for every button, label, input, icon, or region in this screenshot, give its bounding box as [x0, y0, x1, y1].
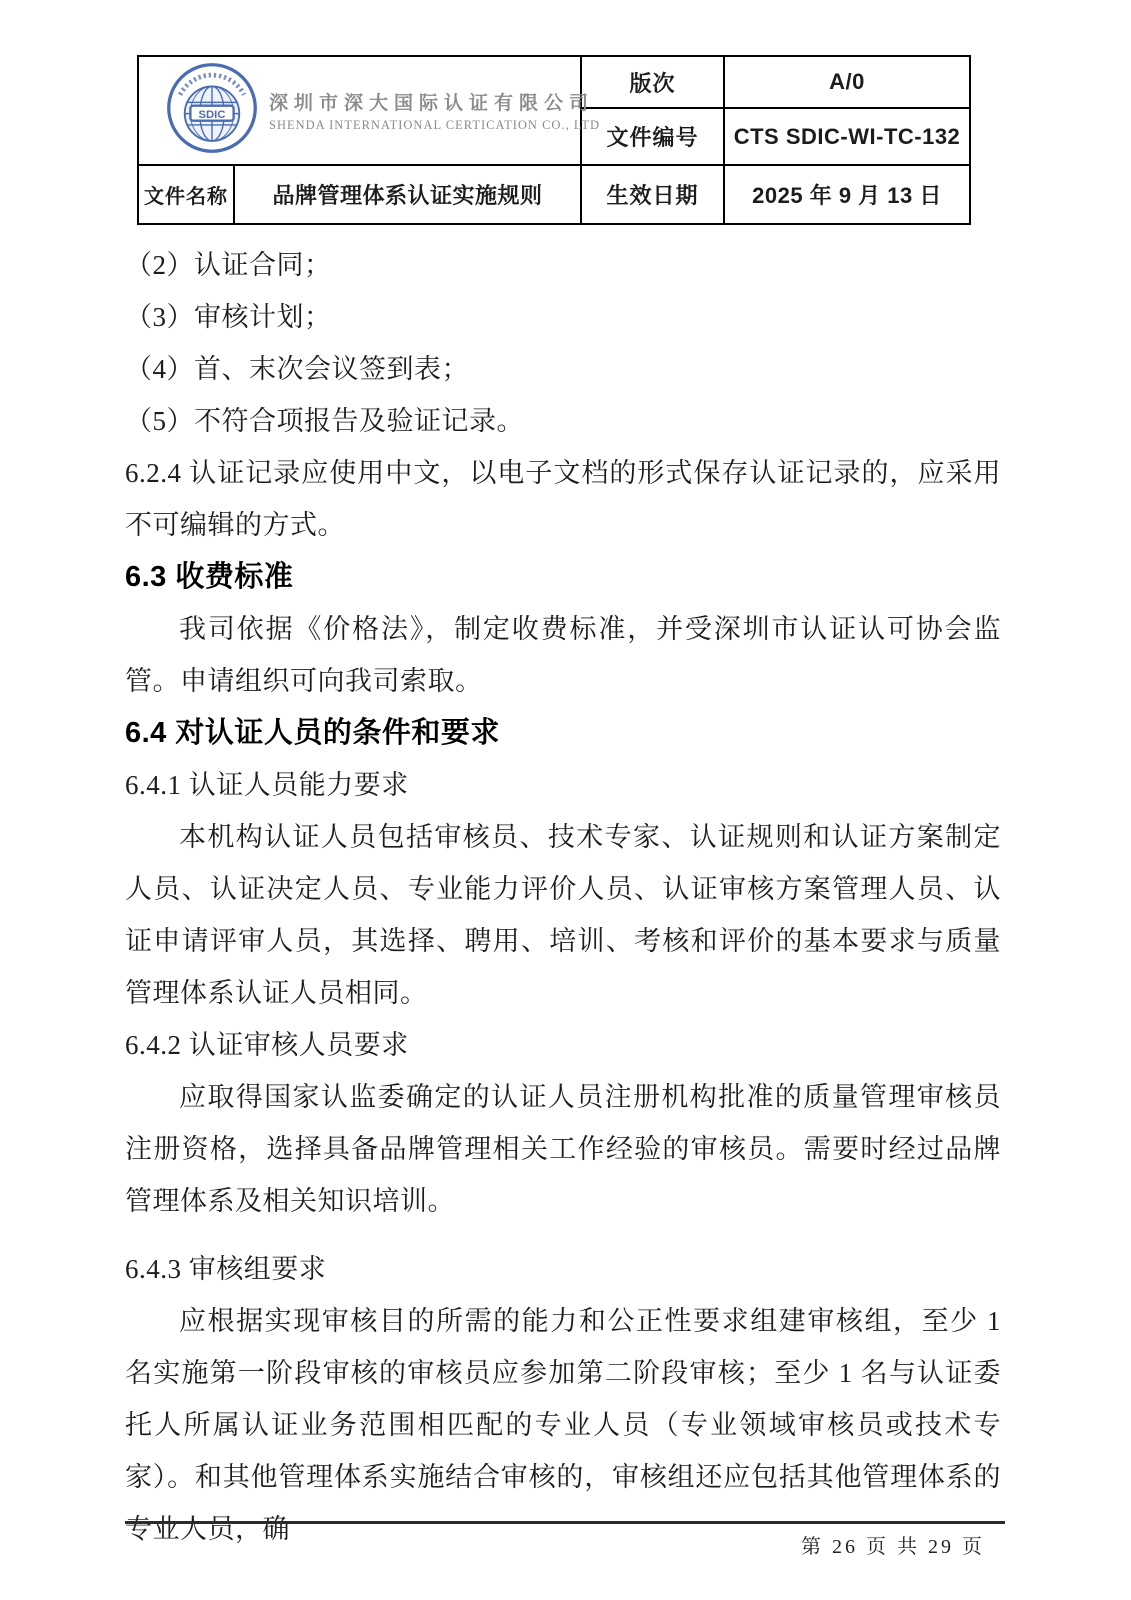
document-body: （2）认证合同； （3）审核计划； （4）首、末次会议签到表； （5）不符合项报… [125, 225, 1001, 1555]
document-header-table: SDIC 深圳市深大国际认证有限公司 SHENDA INTERNATIONAL … [137, 55, 971, 225]
heading-6-4-3: 6.4.3 审核组要求 [125, 1243, 1001, 1295]
paragraph-6-4-3: 应根据实现审核目的所需的能力和公正性要求组建审核组，至少 1 名实施第一阶段审核… [125, 1295, 1001, 1555]
list-item-5: （5）不符合项报告及验证记录。 [125, 395, 1001, 447]
heading-6-3: 6.3 收费标准 [125, 551, 1001, 603]
company-cell: SDIC 深圳市深大国际认证有限公司 SHENDA INTERNATIONAL … [138, 56, 581, 165]
doc-name-label: 文件名称 [138, 165, 234, 224]
company-name-cn: 深圳市深大国际认证有限公司 [269, 88, 600, 115]
heading-6-4-1: 6.4.1 认证人员能力要求 [125, 759, 1001, 811]
version-value: A/0 [724, 56, 970, 108]
company-logo-icon: SDIC [165, 61, 259, 160]
heading-6-4: 6.4 对认证人员的条件和要求 [125, 707, 1001, 759]
paragraph-6-2-4: 6.2.4 认证记录应使用中文，以电子文档的形式保存认证记录的，应采用不可编辑的… [125, 447, 1001, 551]
doc-number-label: 文件编号 [581, 108, 724, 165]
list-item-2: （2）认证合同； [125, 239, 1001, 291]
list-item-4: （4）首、末次会议签到表； [125, 343, 1001, 395]
page-number: 第 26 页 共 29 页 [801, 1530, 985, 1559]
effective-date-label: 生效日期 [581, 165, 724, 224]
paragraph-6-3: 我司依据《价格法》，制定收费标准，并受深圳市认证认可协会监管。申请组织可向我司索… [125, 603, 1001, 707]
document-page: SDIC 深圳市深大国际认证有限公司 SHENDA INTERNATIONAL … [0, 0, 1131, 1600]
company-name-en: SHENDA INTERNATIONAL CERTICATION CO., LT… [269, 118, 600, 133]
logo-sdic-text: SDIC [199, 109, 226, 121]
doc-number-value: CTS SDIC-WI-TC-132 [724, 108, 970, 165]
heading-6-4-2: 6.4.2 认证审核人员要求 [125, 1019, 1001, 1071]
version-label: 版次 [581, 56, 724, 108]
list-item-3: （3）审核计划； [125, 291, 1001, 343]
doc-name-value: 品牌管理体系认证实施规则 [234, 165, 581, 224]
paragraph-6-4-1: 本机构认证人员包括审核员、技术专家、认证规则和认证方案制定人员、认证决定人员、专… [125, 811, 1001, 1019]
effective-date-value: 2025 年 9 月 13 日 [724, 165, 970, 224]
paragraph-6-4-2: 应取得国家认监委确定的认证人员注册机构批准的质量管理审核员注册资格，选择具备品牌… [125, 1071, 1001, 1227]
page-footer: 第 26 页 共 29 页 [125, 1521, 1005, 1559]
